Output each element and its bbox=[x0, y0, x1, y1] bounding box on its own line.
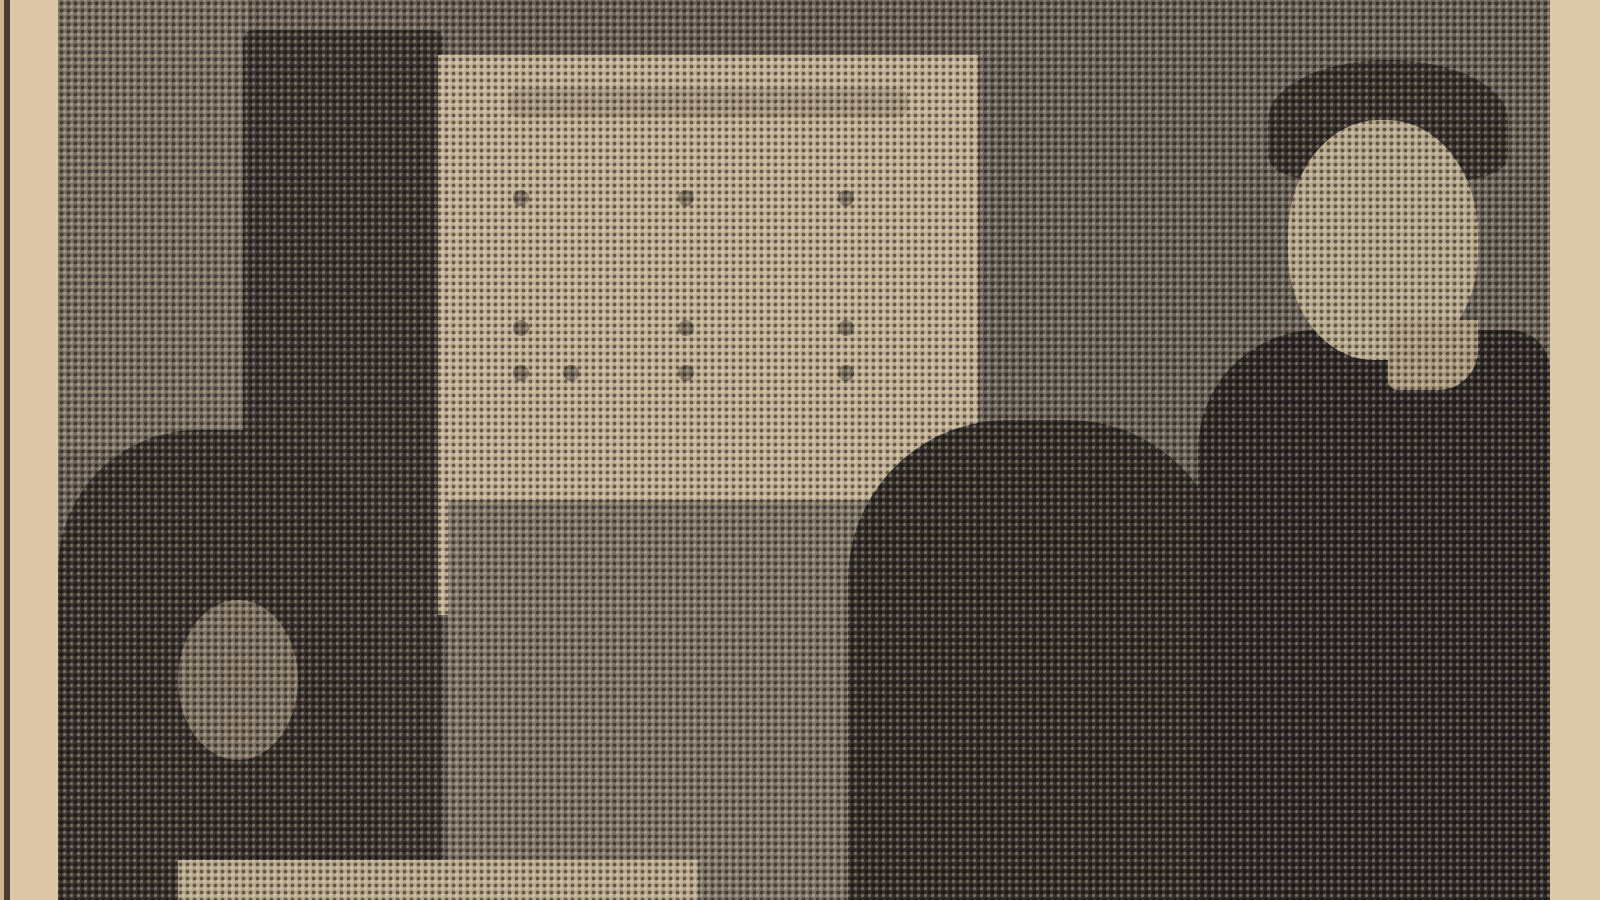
notice-mark bbox=[838, 190, 854, 206]
notice-mark bbox=[838, 320, 854, 336]
notice-mark bbox=[678, 190, 694, 206]
person-middle bbox=[848, 420, 1228, 900]
wall-left bbox=[58, 0, 248, 450]
halftone-photo bbox=[58, 0, 1550, 900]
paper-margin-left bbox=[10, 0, 58, 900]
newspaper-scan bbox=[0, 0, 1600, 900]
collar-right bbox=[1388, 320, 1478, 390]
notice-mark bbox=[678, 365, 694, 381]
notice-mark bbox=[513, 190, 529, 206]
notice-mark bbox=[563, 365, 579, 381]
notice-mark bbox=[678, 320, 694, 336]
person-right bbox=[1198, 330, 1550, 900]
foreground-light-strip bbox=[178, 860, 698, 900]
paper-margin-right bbox=[1550, 0, 1600, 900]
notice-mark bbox=[838, 365, 854, 381]
face-left bbox=[178, 600, 298, 760]
notice-heading-text bbox=[508, 88, 908, 118]
notice-mark bbox=[513, 365, 529, 381]
notice-mark bbox=[513, 320, 529, 336]
